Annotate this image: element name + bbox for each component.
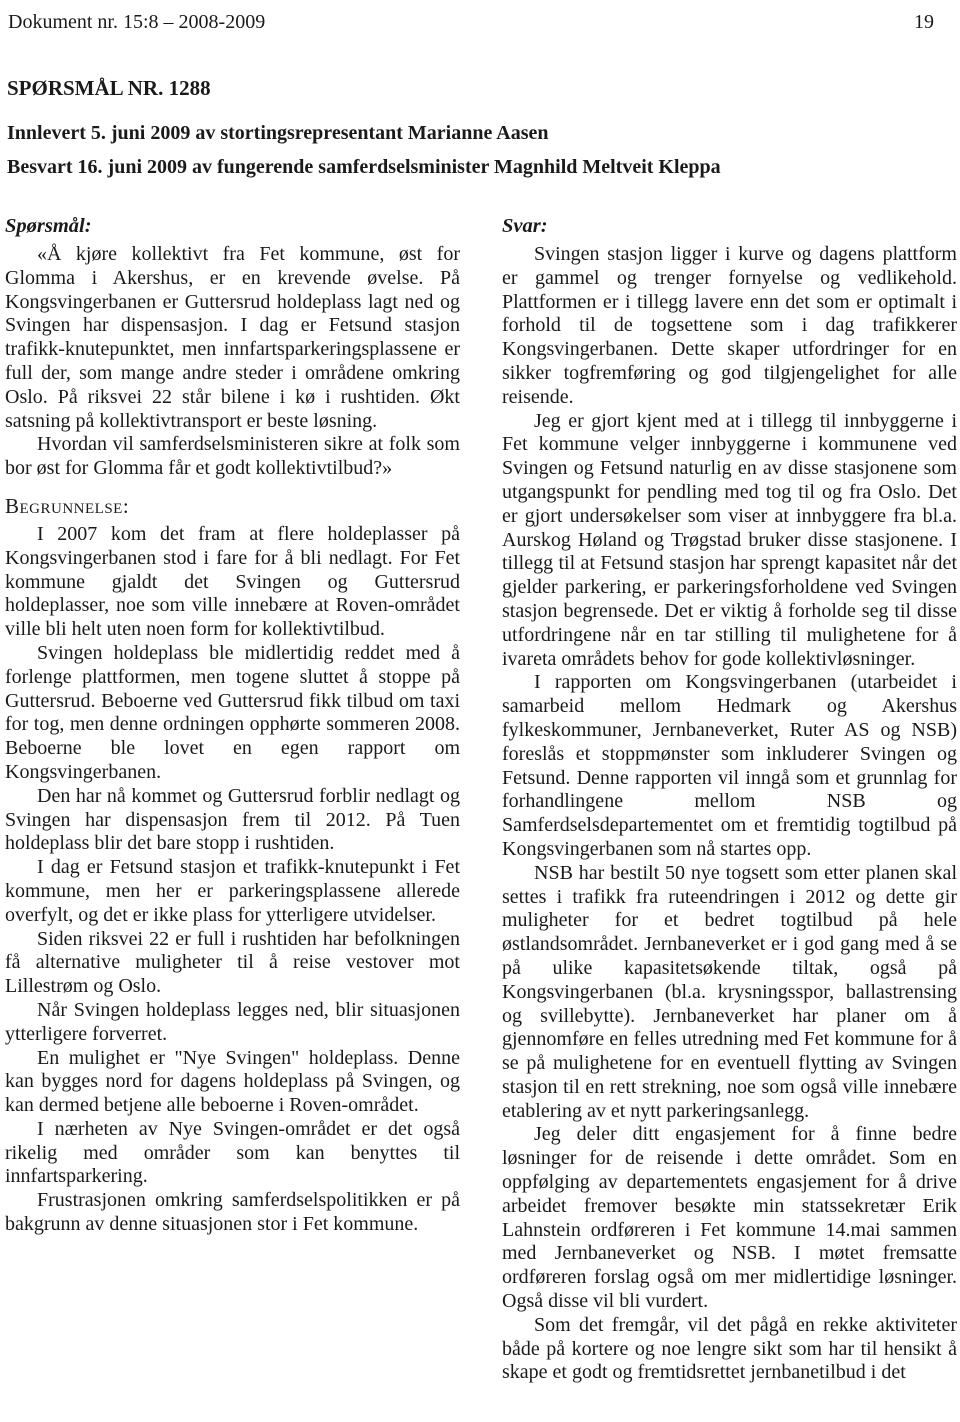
justification-paragraph: Svingen holdeplass ble midlertidig redde… — [5, 642, 460, 785]
justification-paragraph: Siden riksvei 22 er full i rushtiden har… — [5, 928, 460, 999]
left-column: Spørsmål: «Å kjøre kollektivt fra Fet ko… — [5, 214, 460, 1385]
answered-line: Besvart 16. juni 2009 av fungerende samf… — [7, 150, 960, 184]
question-number-heading: SPØRSMÅL NR. 1288 — [7, 76, 960, 100]
answer-paragraph: NSB har bestilt 50 nye togsett som etter… — [502, 862, 957, 1124]
answer-paragraph: Jeg er gjort kjent med at i tillegg til … — [502, 410, 957, 672]
page-header: Dokument nr. 15:8 – 2008-2009 19 — [5, 10, 960, 34]
justification-paragraph: Når Svingen holdeplass legges ned, blir … — [5, 999, 460, 1047]
two-column-body: Spørsmål: «Å kjøre kollektivt fra Fet ko… — [5, 214, 960, 1385]
answer-paragraph: Svingen stasjon ligger i kurve og dagens… — [502, 243, 957, 410]
right-column: Svar: Svingen stasjon ligger i kurve og … — [502, 214, 957, 1385]
justification-paragraph: I nærheten av Nye Svingen-området er det… — [5, 1118, 460, 1189]
answer-paragraph: Jeg deler ditt engasjement for å finne b… — [502, 1123, 957, 1313]
question-paragraph: Hvordan vil samferdselsministeren sikre … — [5, 433, 460, 481]
justification-paragraph: Frustrasjonen omkring samferdselspolitik… — [5, 1189, 460, 1237]
answer-paragraph: I rapporten om Kongsvingerbanen (utarbei… — [502, 671, 957, 861]
document-page: Dokument nr. 15:8 – 2008-2009 19 SPØRSMÅ… — [0, 0, 960, 1422]
justification-paragraph: En mulighet er "Nye Svingen" holdeplass.… — [5, 1047, 460, 1118]
page-number: 19 — [914, 10, 934, 34]
question-meta-block: Innlevert 5. juni 2009 av stortingsrepre… — [7, 116, 960, 184]
answer-section-heading: Svar: — [502, 214, 957, 238]
document-title: Dokument nr. 15:8 – 2008-2009 — [8, 10, 265, 34]
answer-paragraph: Som det fremgår, vil det pågå en rekke a… — [502, 1314, 957, 1385]
justification-paragraph: I dag er Fetsund stasjon et trafikk-knut… — [5, 856, 460, 927]
justification-paragraph: I 2007 kom det fram at flere holdeplasse… — [5, 523, 460, 642]
justification-section-heading: Begrunnelse: — [5, 494, 460, 518]
justification-paragraph: Den har nå kommet og Guttersrud forblir … — [5, 785, 460, 856]
question-section-heading: Spørsmål: — [5, 214, 460, 238]
submitted-line: Innlevert 5. juni 2009 av stortingsrepre… — [7, 116, 960, 150]
question-paragraph: «Å kjøre kollektivt fra Fet kommune, øst… — [5, 243, 460, 433]
